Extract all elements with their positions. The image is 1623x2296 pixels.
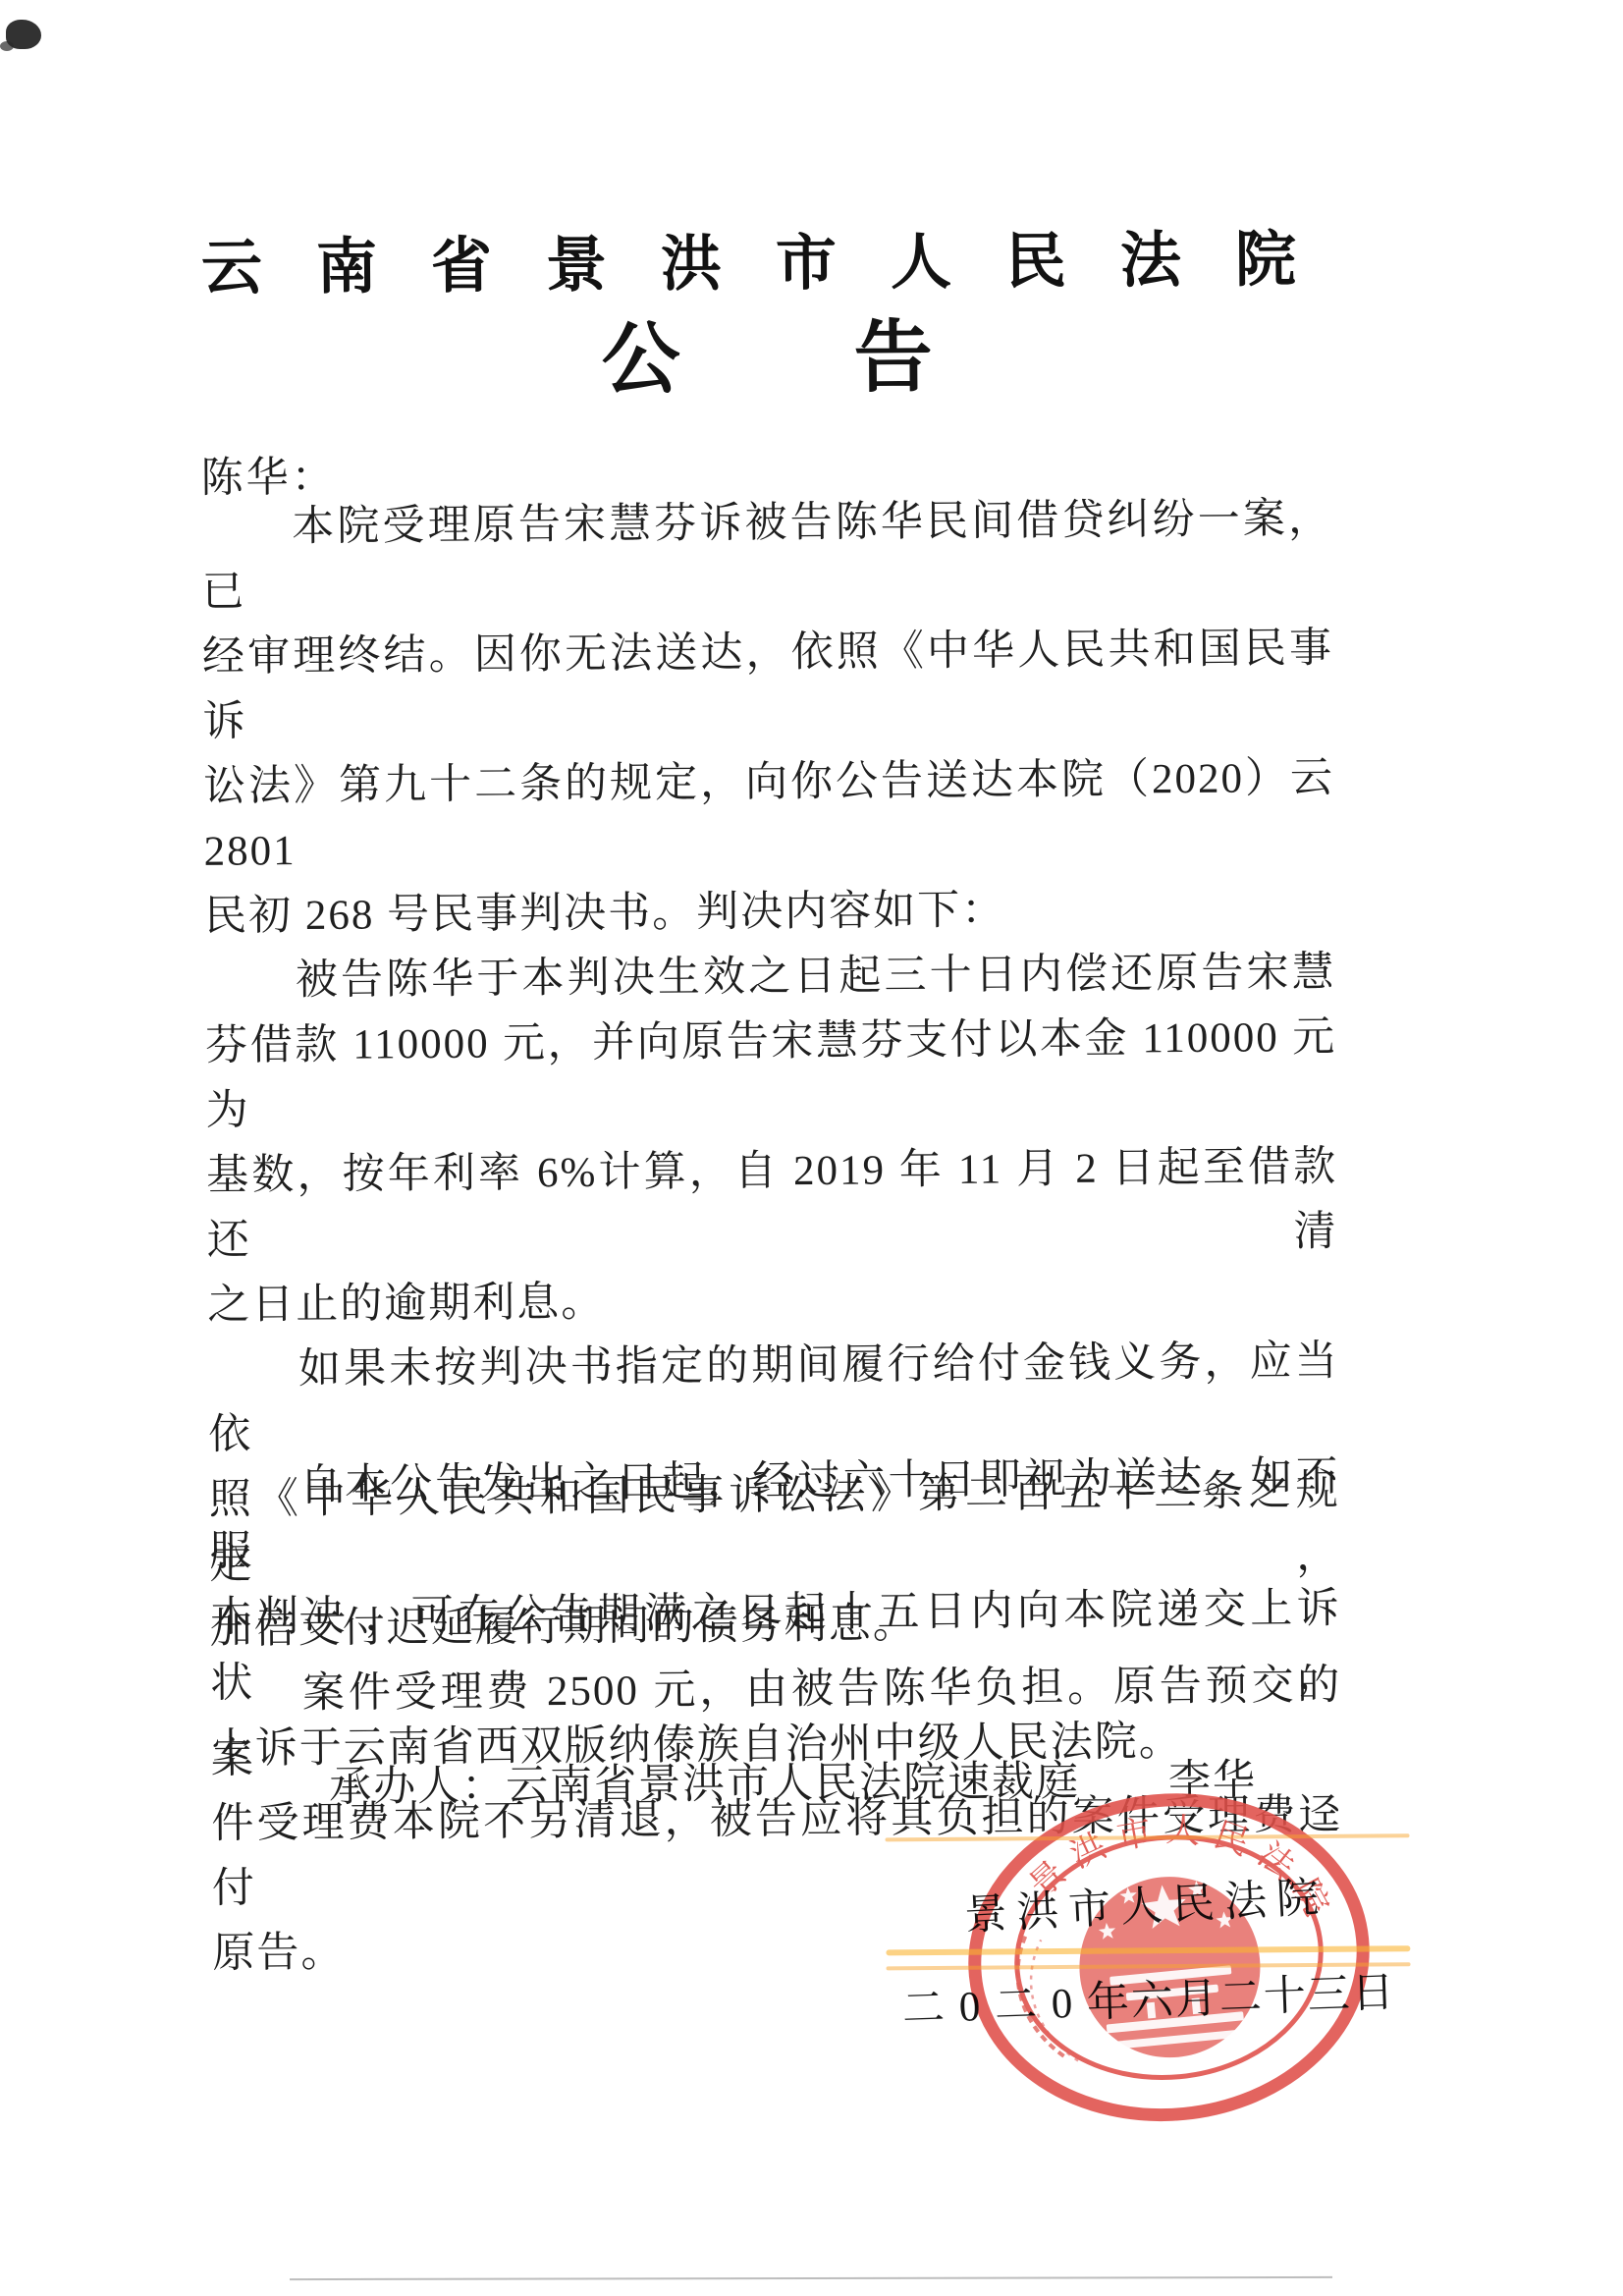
paragraph-1-line: 民初 268 号民事判决书。判决内容如下：: [204, 876, 1335, 950]
notice-content: 云南省景洪市人民法院 公告 陈华： 本院受理原告宋慧芬诉被告陈华民间借贷纠纷一案…: [0, 0, 1623, 2296]
paragraph-5-line: 本判决 ，可在公告期满之日起十五日内向本院递交上诉状，: [209, 1576, 1341, 1717]
paragraph-2-line: 之日止的逾期利息。: [207, 1265, 1338, 1339]
paragraph-1-line: 讼法》第九十二条的规定，向你公告送达本院（2020）云 2801: [203, 746, 1335, 885]
paragraph-1-line: 本院受理原告宋慧芬诉被告陈华民间借贷纠纷一案，已: [201, 487, 1333, 626]
official-seal-stamp: 景洪市人民法院: [959, 1787, 1379, 2128]
notice-title: 公告: [199, 291, 1334, 412]
paragraph-2-line: 被告陈华于本判决生效之日起三十日内偿还原告宋慧: [204, 941, 1335, 1014]
paragraph-1-line: 经审理终结。因你无法送达，依照《中华人民共和国民事诉: [202, 617, 1334, 755]
paragraph-2-line: 芬借款 110000 元，并向原告宋慧芬支付以本金 110000 元为: [205, 1006, 1337, 1144]
paragraph-2-line: 基数，按年利率 6%计算，自 2019 年 11 月 2 日起至借款还清: [206, 1135, 1338, 1274]
notice-body-appeal: 自本公告发出之日起，经过六十日即视为送达。如不服 本判决 ，可在公告期满之日起十…: [208, 1445, 1342, 1782]
paragraph-5-line: 自本公告发出之日起，经过六十日即视为送达。如不服: [208, 1445, 1340, 1585]
scanned-court-notice-page: 云南省景洪市人民法院 公告 陈华： 本院受理原告宋慧芬诉被告陈华民间借贷纠纷一案…: [0, 0, 1623, 2296]
